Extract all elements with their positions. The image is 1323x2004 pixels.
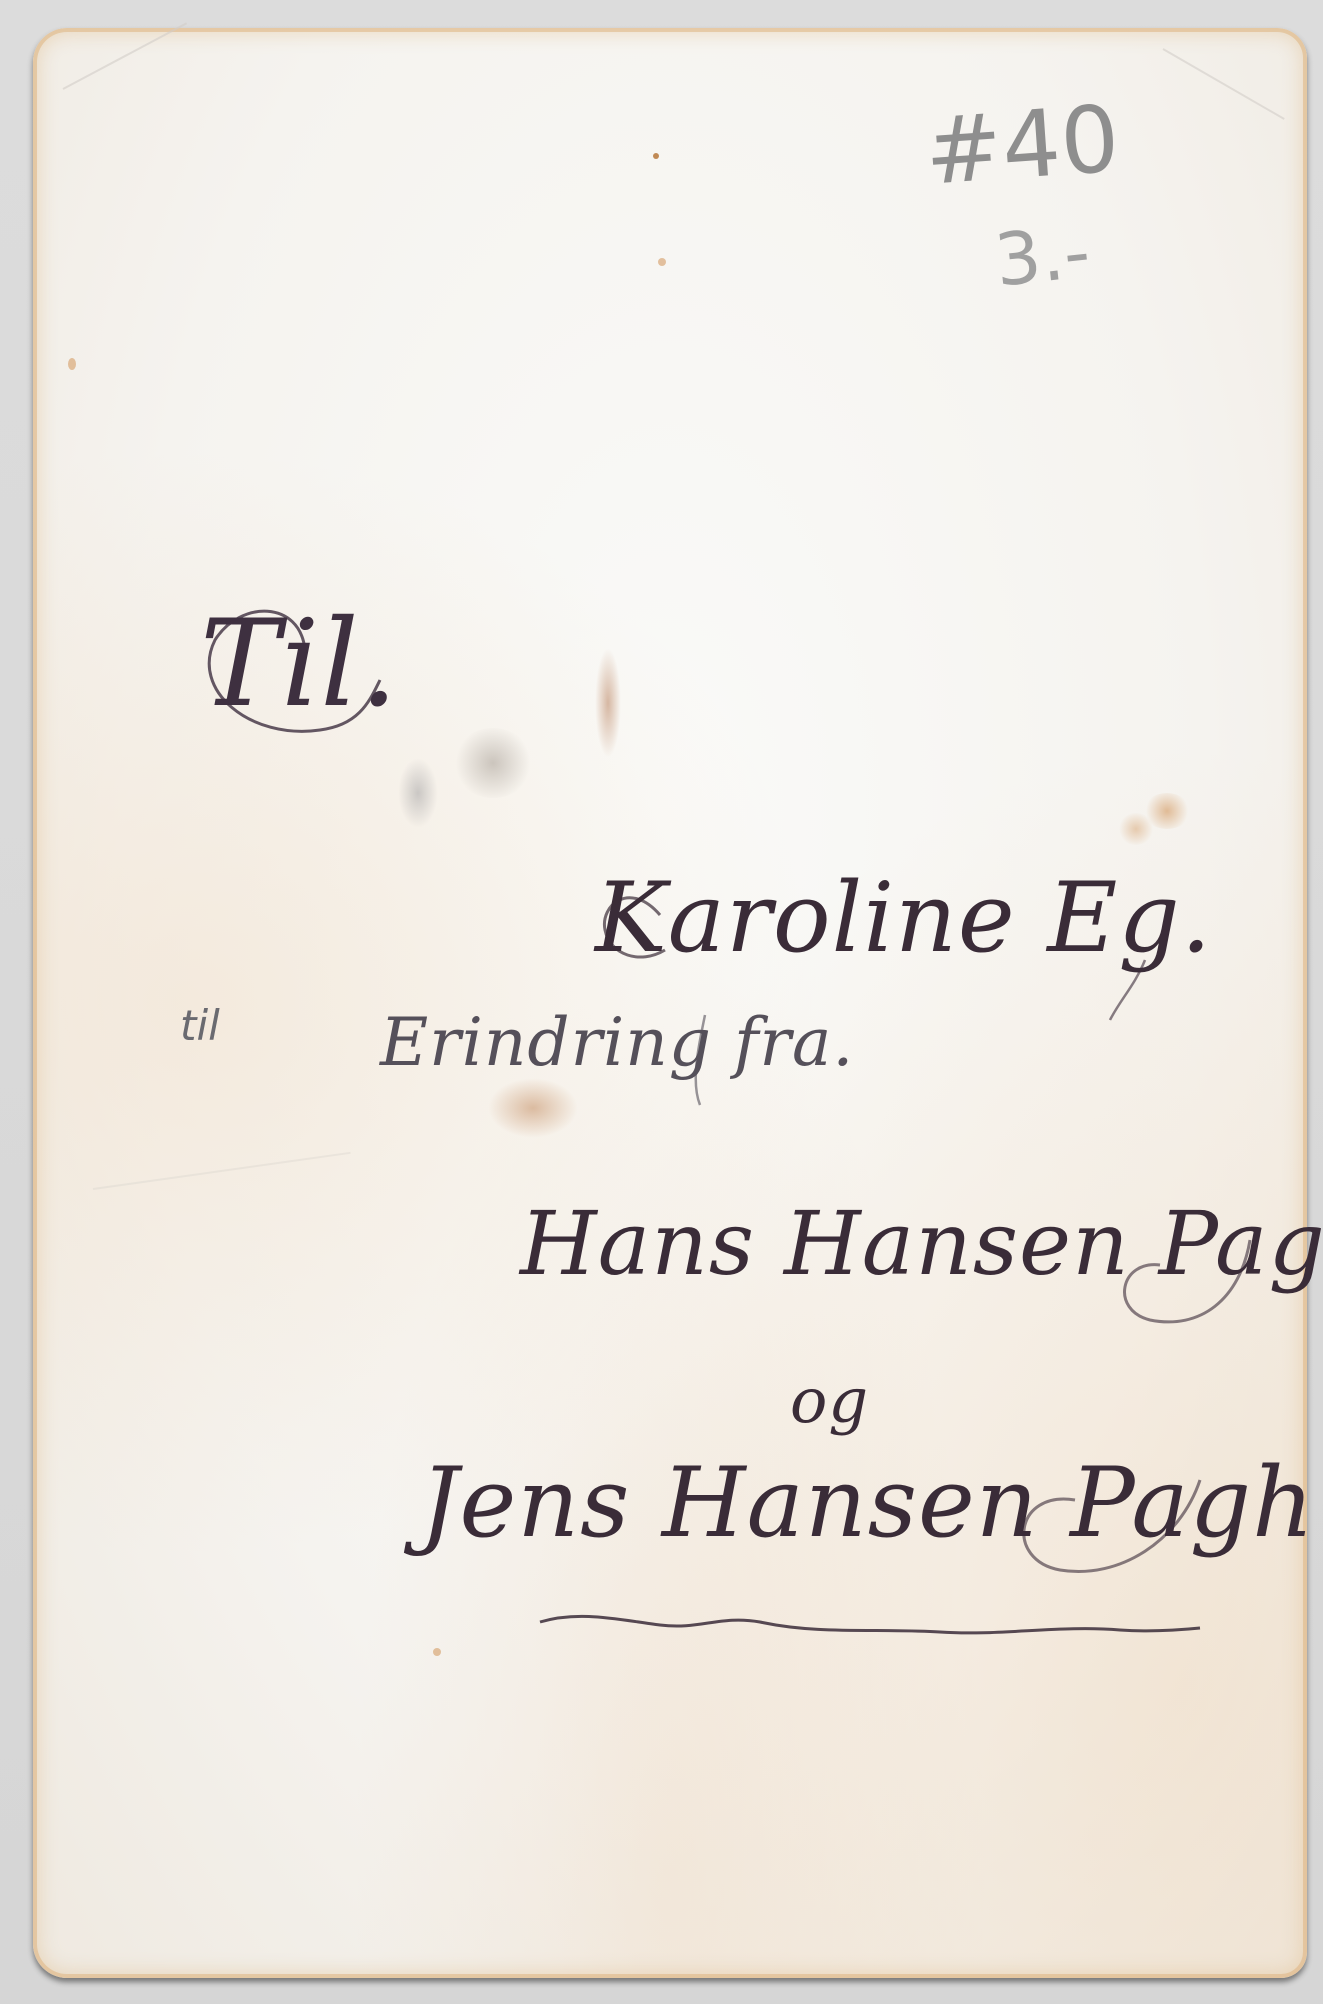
salutation: Til. [200, 605, 399, 725]
foxing-dot [68, 358, 76, 370]
brown-smudge [595, 648, 621, 758]
foxing-dot [433, 1648, 441, 1656]
dedication-text: Erindring fra. [380, 1010, 854, 1076]
recipient-name: Karoline Eg. [595, 870, 1212, 966]
grey-smudge [453, 728, 533, 798]
conjunction: og [790, 1370, 869, 1432]
foxing-dot [653, 153, 659, 159]
paper-crease [93, 1152, 351, 1190]
pencil-insert-til: til [180, 1005, 220, 1047]
brown-smudge [488, 1078, 578, 1138]
foxing-stain [1118, 813, 1154, 845]
corner-crease [1163, 48, 1285, 120]
foxing-dot [658, 258, 666, 266]
photo-card-back [33, 28, 1307, 1978]
catalog-number: #40 [922, 93, 1122, 198]
corner-crease [63, 22, 188, 89]
grey-smudge [398, 758, 438, 828]
sender-name-2: Jens Hansen Pagh [420, 1455, 1315, 1551]
price-note: 3.- [991, 215, 1093, 297]
sender-name-1: Hans Hansen Pagh [520, 1200, 1323, 1288]
